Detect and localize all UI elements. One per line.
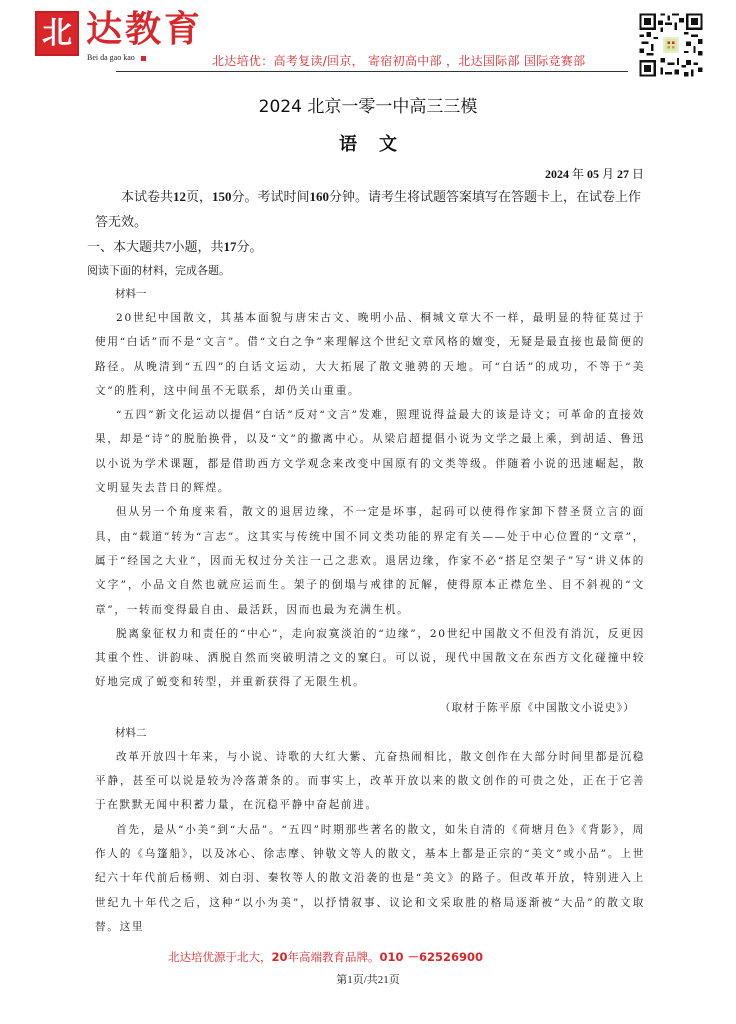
logo-pinyin-text: Bei da gao kao bbox=[87, 53, 135, 62]
page-indicator: 第1页/共21页 bbox=[0, 971, 736, 987]
material-1-paragraph: 20世纪中国散文，其基本面貌与唐宋古文、晚明小品、桐城文章大不一样，最明显的特征… bbox=[95, 306, 645, 403]
material-1-paragraph: “五四”新文化运动以提倡“白话”反对“文言”发难，照理说得益最大的该是诗文；可革… bbox=[95, 403, 645, 500]
logo-pinyin: Bei da gao kao bbox=[87, 53, 146, 62]
logo-dot-icon bbox=[141, 56, 146, 61]
date-month: 05 bbox=[587, 167, 599, 181]
logo-text: 达教育 bbox=[86, 9, 203, 49]
header-slogan: 北达培优：高考复读/回京， 寄宿初高中部 ，北达国际部 国际竞赛部 bbox=[212, 52, 585, 69]
material-2-paragraph: 首先，是从“小美”到“大品”。“五四”时期那些著名的散文，如朱自清的《荷塘月色》… bbox=[95, 818, 645, 939]
section-heading: 一、本大题共7小题，共17分。 bbox=[87, 234, 645, 259]
date-month-unit: 月 bbox=[602, 167, 614, 181]
document-title: 2024 北京一零一中高三三模 bbox=[0, 92, 736, 117]
document-subject: 语文 bbox=[0, 130, 736, 156]
material-1-label: 材料一 bbox=[115, 282, 645, 306]
intro-score: 150 bbox=[212, 189, 232, 204]
qr-code-icon bbox=[637, 11, 705, 79]
page-header: 北 达教育 Bei da gao kao 北达培优：高考复读/回京， 寄宿初高中… bbox=[0, 0, 736, 85]
intro-text: 页， bbox=[186, 189, 212, 204]
date-year-unit: 年 bbox=[572, 167, 584, 181]
material-2-label: 材料二 bbox=[115, 721, 645, 745]
section-text: 小题，共 bbox=[172, 239, 224, 254]
logo-mark: 北 bbox=[35, 11, 79, 56]
intro-text: 分。考试时间 bbox=[232, 189, 310, 204]
promo-text: 年高端教育品牌。 bbox=[288, 950, 380, 964]
material-2-paragraph: 改革开放四十年来，与小说、诗歌的大红大紫、亢奋热闹相比，散文创作在大部分时间里都… bbox=[95, 745, 645, 818]
promo-phone: 010 －62526900 bbox=[380, 950, 484, 964]
section-text: 一、本大题共 bbox=[87, 239, 165, 254]
section-text: 分。 bbox=[237, 239, 263, 254]
date-day: 27 bbox=[617, 167, 629, 181]
exam-date: 2024 年 05 月 27 日 bbox=[545, 165, 644, 182]
section-points: 17 bbox=[224, 239, 237, 254]
intro-pages: 12 bbox=[173, 189, 186, 204]
material-1-source: （取材于陈平原《中国散文小说史》） bbox=[95, 695, 645, 721]
date-day-unit: 日 bbox=[632, 167, 644, 181]
intro-minutes: 160 bbox=[310, 189, 330, 204]
reading-instruction: 阅读下面的材料，完成各题。 bbox=[87, 259, 645, 282]
promo-years: 20 bbox=[272, 950, 288, 964]
promo-text: 北达培优源于北大， bbox=[168, 950, 272, 964]
intro-text: 本试卷共 bbox=[121, 189, 173, 204]
exam-intro: 本试卷共12页，150分。考试时间160分钟。请考生将试题答案填写在答题卡上，在… bbox=[95, 184, 645, 234]
header-divider bbox=[116, 71, 628, 72]
material-1-paragraph: 但从另一个角度来看，散文的退居边缘，不一定是坏事，起码可以使得作家卸下替圣贤立言… bbox=[95, 500, 645, 621]
material-1-paragraph: 脱离象征权力和责任的“中心”，走向寂寞淡泊的“边缘”，20世纪中国散文不但没有消… bbox=[95, 622, 645, 695]
document-body: 本试卷共12页，150分。考试时间160分钟。请考生将试题答案填写在答题卡上，在… bbox=[95, 184, 645, 939]
date-year: 2024 bbox=[545, 167, 569, 181]
footer-promo: 北达培优源于北大，20年高端教育品牌。010 －62526900 bbox=[168, 949, 483, 965]
